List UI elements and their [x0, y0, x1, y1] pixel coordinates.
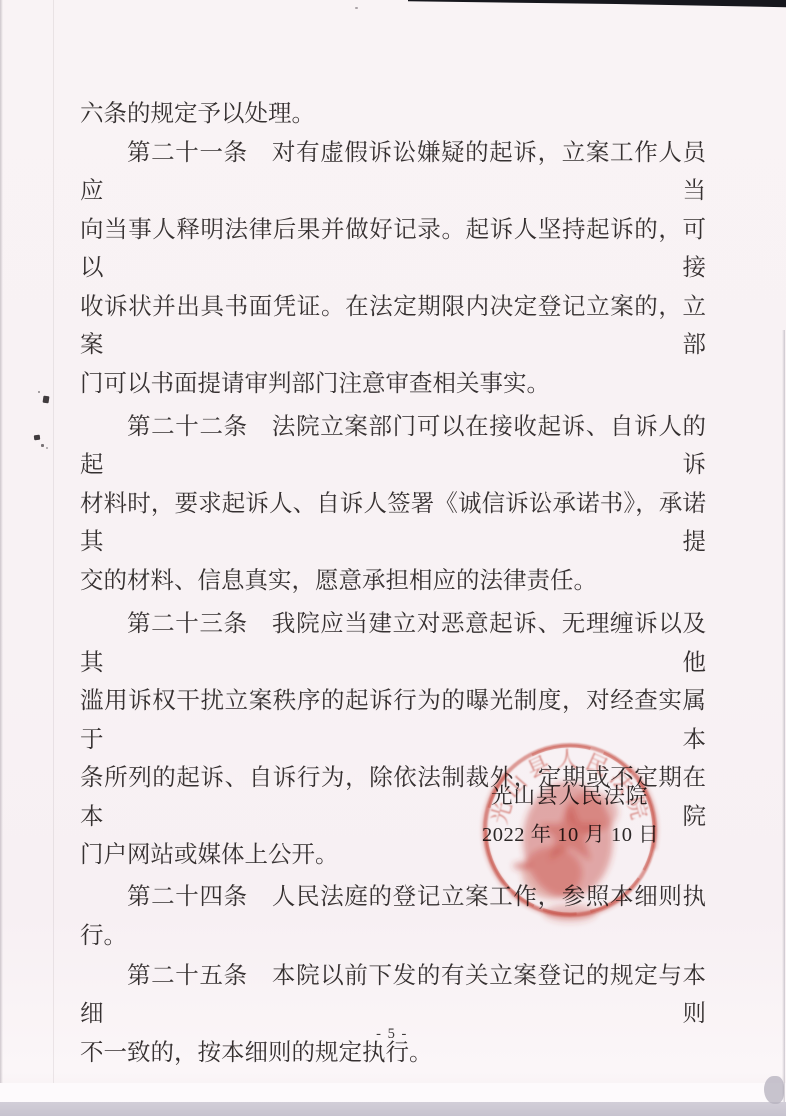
- scan-left-edge-shadow: [0, 0, 3, 1116]
- scan-smudge: [764, 1076, 784, 1104]
- ink-speck: [34, 435, 40, 441]
- dust-speck: [355, 7, 358, 9]
- paragraph-article-22: 第二十二条 法院立案部门可以在接收起诉、自诉人的起诉 材料时，要求起诉人、自诉人…: [80, 408, 706, 601]
- ink-speck: [43, 396, 50, 404]
- paragraph-article-21: 第二十一条 对有虚假诉讼嫌疑的起诉，立案工作人员应当 向当事人释明法律后果并做好…: [80, 134, 706, 404]
- ink-speck: [46, 447, 48, 449]
- paper-crease-line: [53, 0, 54, 1100]
- ink-speck: [38, 391, 40, 393]
- text-line: 六条的规定予以处理。: [80, 95, 706, 134]
- scanner-edge-artifact-top: [408, 0, 786, 9]
- text-line: 材料时，要求起诉人、自诉人签署《诚信诉讼承诺书》，承诺其提: [80, 485, 706, 562]
- ink-speck: [41, 444, 44, 447]
- paper-bottom-highlight: [0, 1083, 786, 1102]
- paragraph: 六条的规定予以处理。: [80, 95, 706, 134]
- text-line: 向当事人释明法律后果并做好记录。起诉人坚持起诉的，可以接: [80, 211, 706, 288]
- text-line: 收诉状并出具书面凭证。在法定期限内决定登记立案的，立案部: [80, 288, 706, 365]
- text-line: 门可以书面提请审判部门注意审查相关事实。: [80, 365, 706, 404]
- official-round-seal: 光山县人民法院: [452, 708, 692, 988]
- seal-center-emblem: [513, 782, 618, 922]
- scanner-edge-artifact-bottom: [0, 1102, 786, 1116]
- page-number: - 5 -: [352, 1026, 432, 1043]
- text-line: 交的材料、信息真实，愿意承担相应的法律责任。: [80, 562, 706, 601]
- text-line: 第二十一条 对有虚假诉讼嫌疑的起诉，立案工作人员应当: [80, 134, 706, 211]
- scan-right-edge-shadow: [782, 330, 785, 1102]
- scanned-document-page: 六条的规定予以处理。 第二十一条 对有虚假诉讼嫌疑的起诉，立案工作人员应当 向当…: [0, 0, 786, 1116]
- text-line: 第二十二条 法院立案部门可以在接收起诉、自诉人的起诉: [80, 408, 706, 485]
- text-line: 第二十三条 我院应当建立对恶意起诉、无理缠诉以及其他: [80, 605, 706, 682]
